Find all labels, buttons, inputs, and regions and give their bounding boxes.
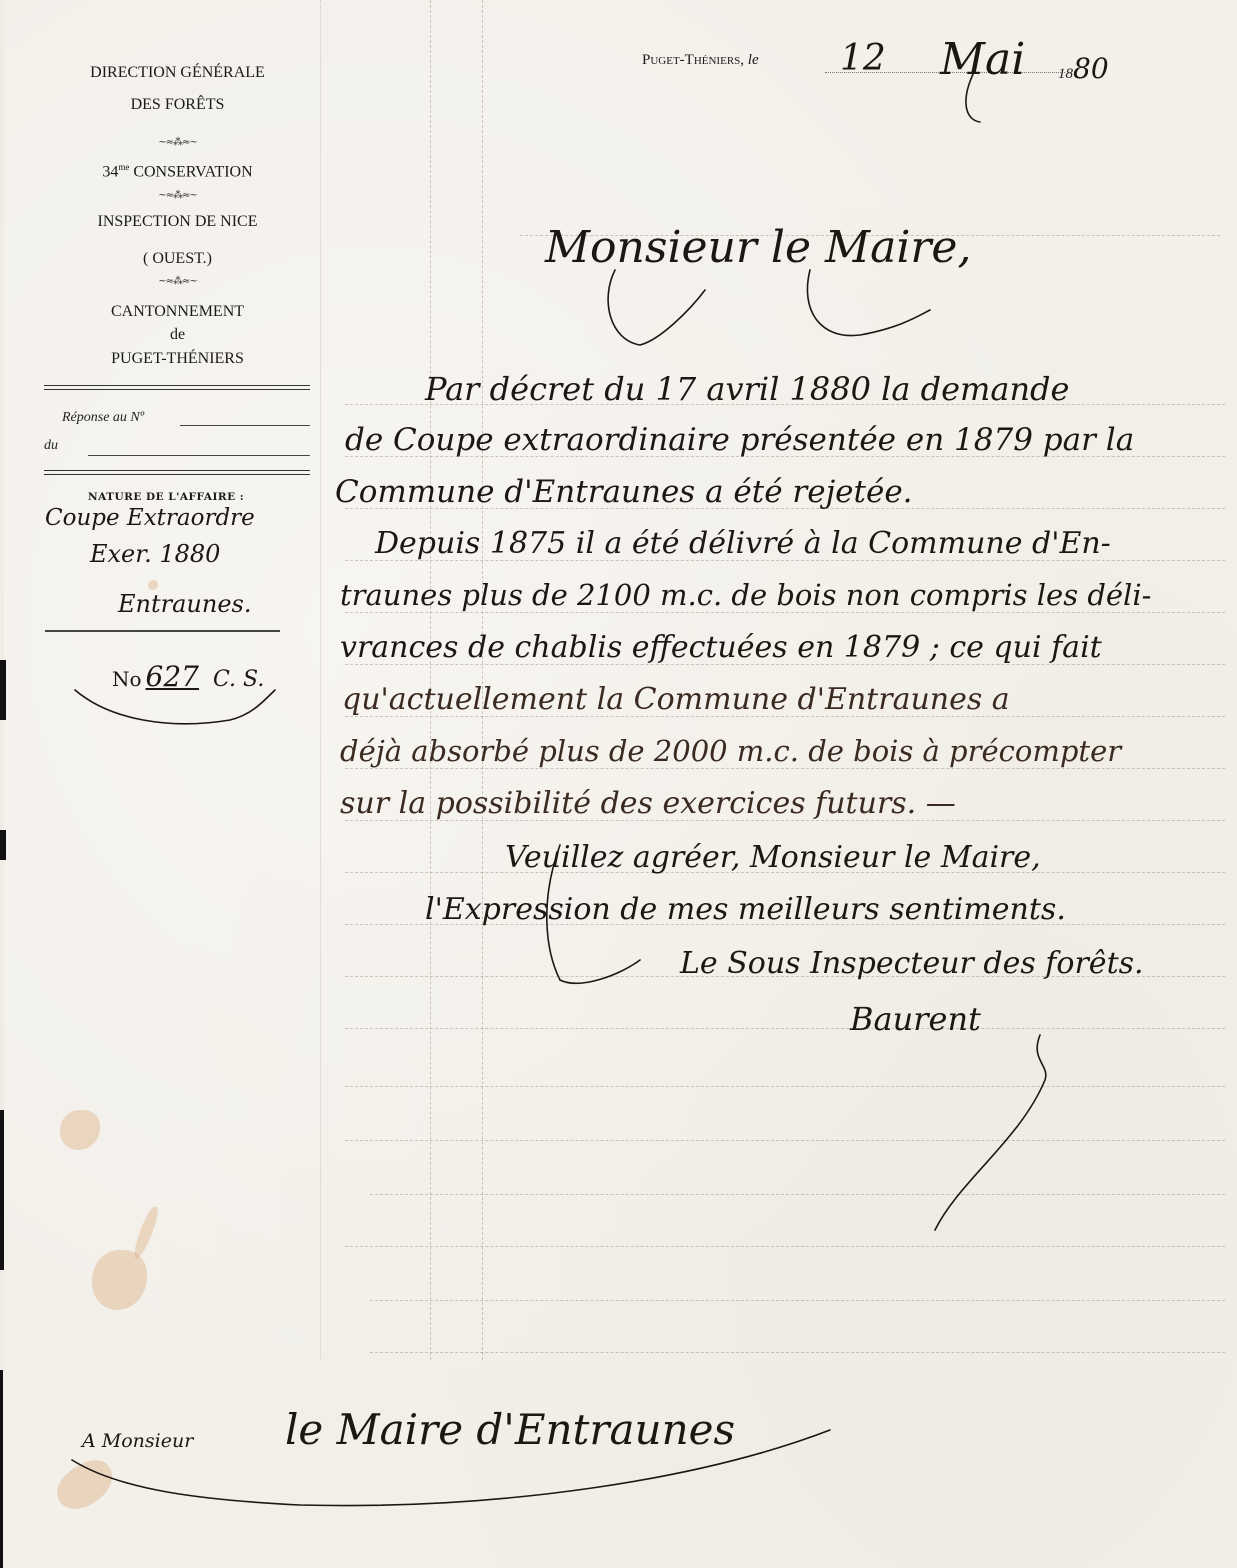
letterhead-inspection-sub: ( OUEST.)	[40, 250, 315, 268]
body-line: Par décret du 17 avril 1880 la demande	[425, 370, 1069, 408]
ornament-divider: ~≈⁂≈~	[40, 276, 315, 287]
ornament-divider: ~≈⁂≈~	[40, 137, 315, 148]
letterhead-direction: DIRECTION GÉNÉRALE	[40, 64, 315, 82]
divider	[45, 630, 280, 632]
torn-edge	[0, 660, 6, 720]
place-date: Puget-Théniers, le	[642, 52, 759, 69]
body-line: sur la possibilité des exercices futurs.…	[340, 786, 956, 821]
reponse-field-line	[180, 425, 310, 426]
closing-line: l'Expression de mes meilleurs sentiments…	[425, 892, 1066, 927]
address-prefix: A Monsieur	[82, 1430, 193, 1452]
body-line: Commune d'Entraunes a été rejetée.	[335, 474, 913, 510]
torn-edge	[0, 1370, 3, 1568]
date-day: 12	[840, 38, 886, 79]
du-label: du	[44, 438, 58, 454]
salutation: Monsieur le Maire,	[545, 222, 971, 273]
divider	[44, 385, 310, 390]
torn-edge	[0, 1110, 4, 1270]
letterhead-conservation: 34me CONSERVATION	[40, 162, 315, 181]
letterhead-forets: DES FORÊTS	[40, 96, 315, 114]
body-line: qu'actuellement la Commune d'Entraunes a	[342, 682, 1010, 717]
address-recipient: le Maire d'Entraunes	[285, 1405, 735, 1454]
du-field-line	[88, 455, 310, 456]
torn-edge	[0, 830, 6, 860]
affaire-number: No 627 C. S.	[112, 660, 264, 693]
date-year: 1880	[1058, 52, 1109, 85]
letterhead-de: de	[40, 326, 315, 344]
body-line: vrances de chablis effectuées en 1879 ; …	[340, 630, 1102, 665]
letterhead-inspection: INSPECTION DE NICE	[40, 213, 315, 231]
date-month: Mai	[940, 34, 1025, 85]
letterhead-cantonnement: CANTONNEMENT	[40, 303, 315, 321]
body-line: de Coupe extraordinaire présentée en 187…	[345, 422, 1134, 458]
signature-name: Baurent	[850, 1000, 981, 1038]
reponse-label: Réponse au Nº	[62, 410, 144, 426]
nature-label: NATURE DE L'AFFAIRE :	[88, 491, 244, 503]
divider	[44, 470, 310, 475]
signature-title: Le Sous Inspecteur des forêts.	[680, 946, 1144, 981]
body-line: Depuis 1875 il a été délivré à la Commun…	[375, 526, 1111, 561]
affaire-line-2: Exer. 1880	[90, 540, 220, 568]
affaire-line-1: Coupe Extraordre	[45, 505, 255, 531]
closing-line: Veuillez agréer, Monsieur le Maire,	[505, 840, 1041, 875]
letterhead-place: PUGET-THÉNIERS	[40, 350, 315, 368]
body-line: déjà absorbé plus de 2000 m.c. de bois à…	[340, 734, 1121, 768]
ornament-divider: ~≈⁂≈~	[40, 190, 315, 201]
affaire-line-3: Entraunes.	[118, 590, 251, 618]
body-line: traunes plus de 2100 m.c. de bois non co…	[340, 578, 1151, 612]
